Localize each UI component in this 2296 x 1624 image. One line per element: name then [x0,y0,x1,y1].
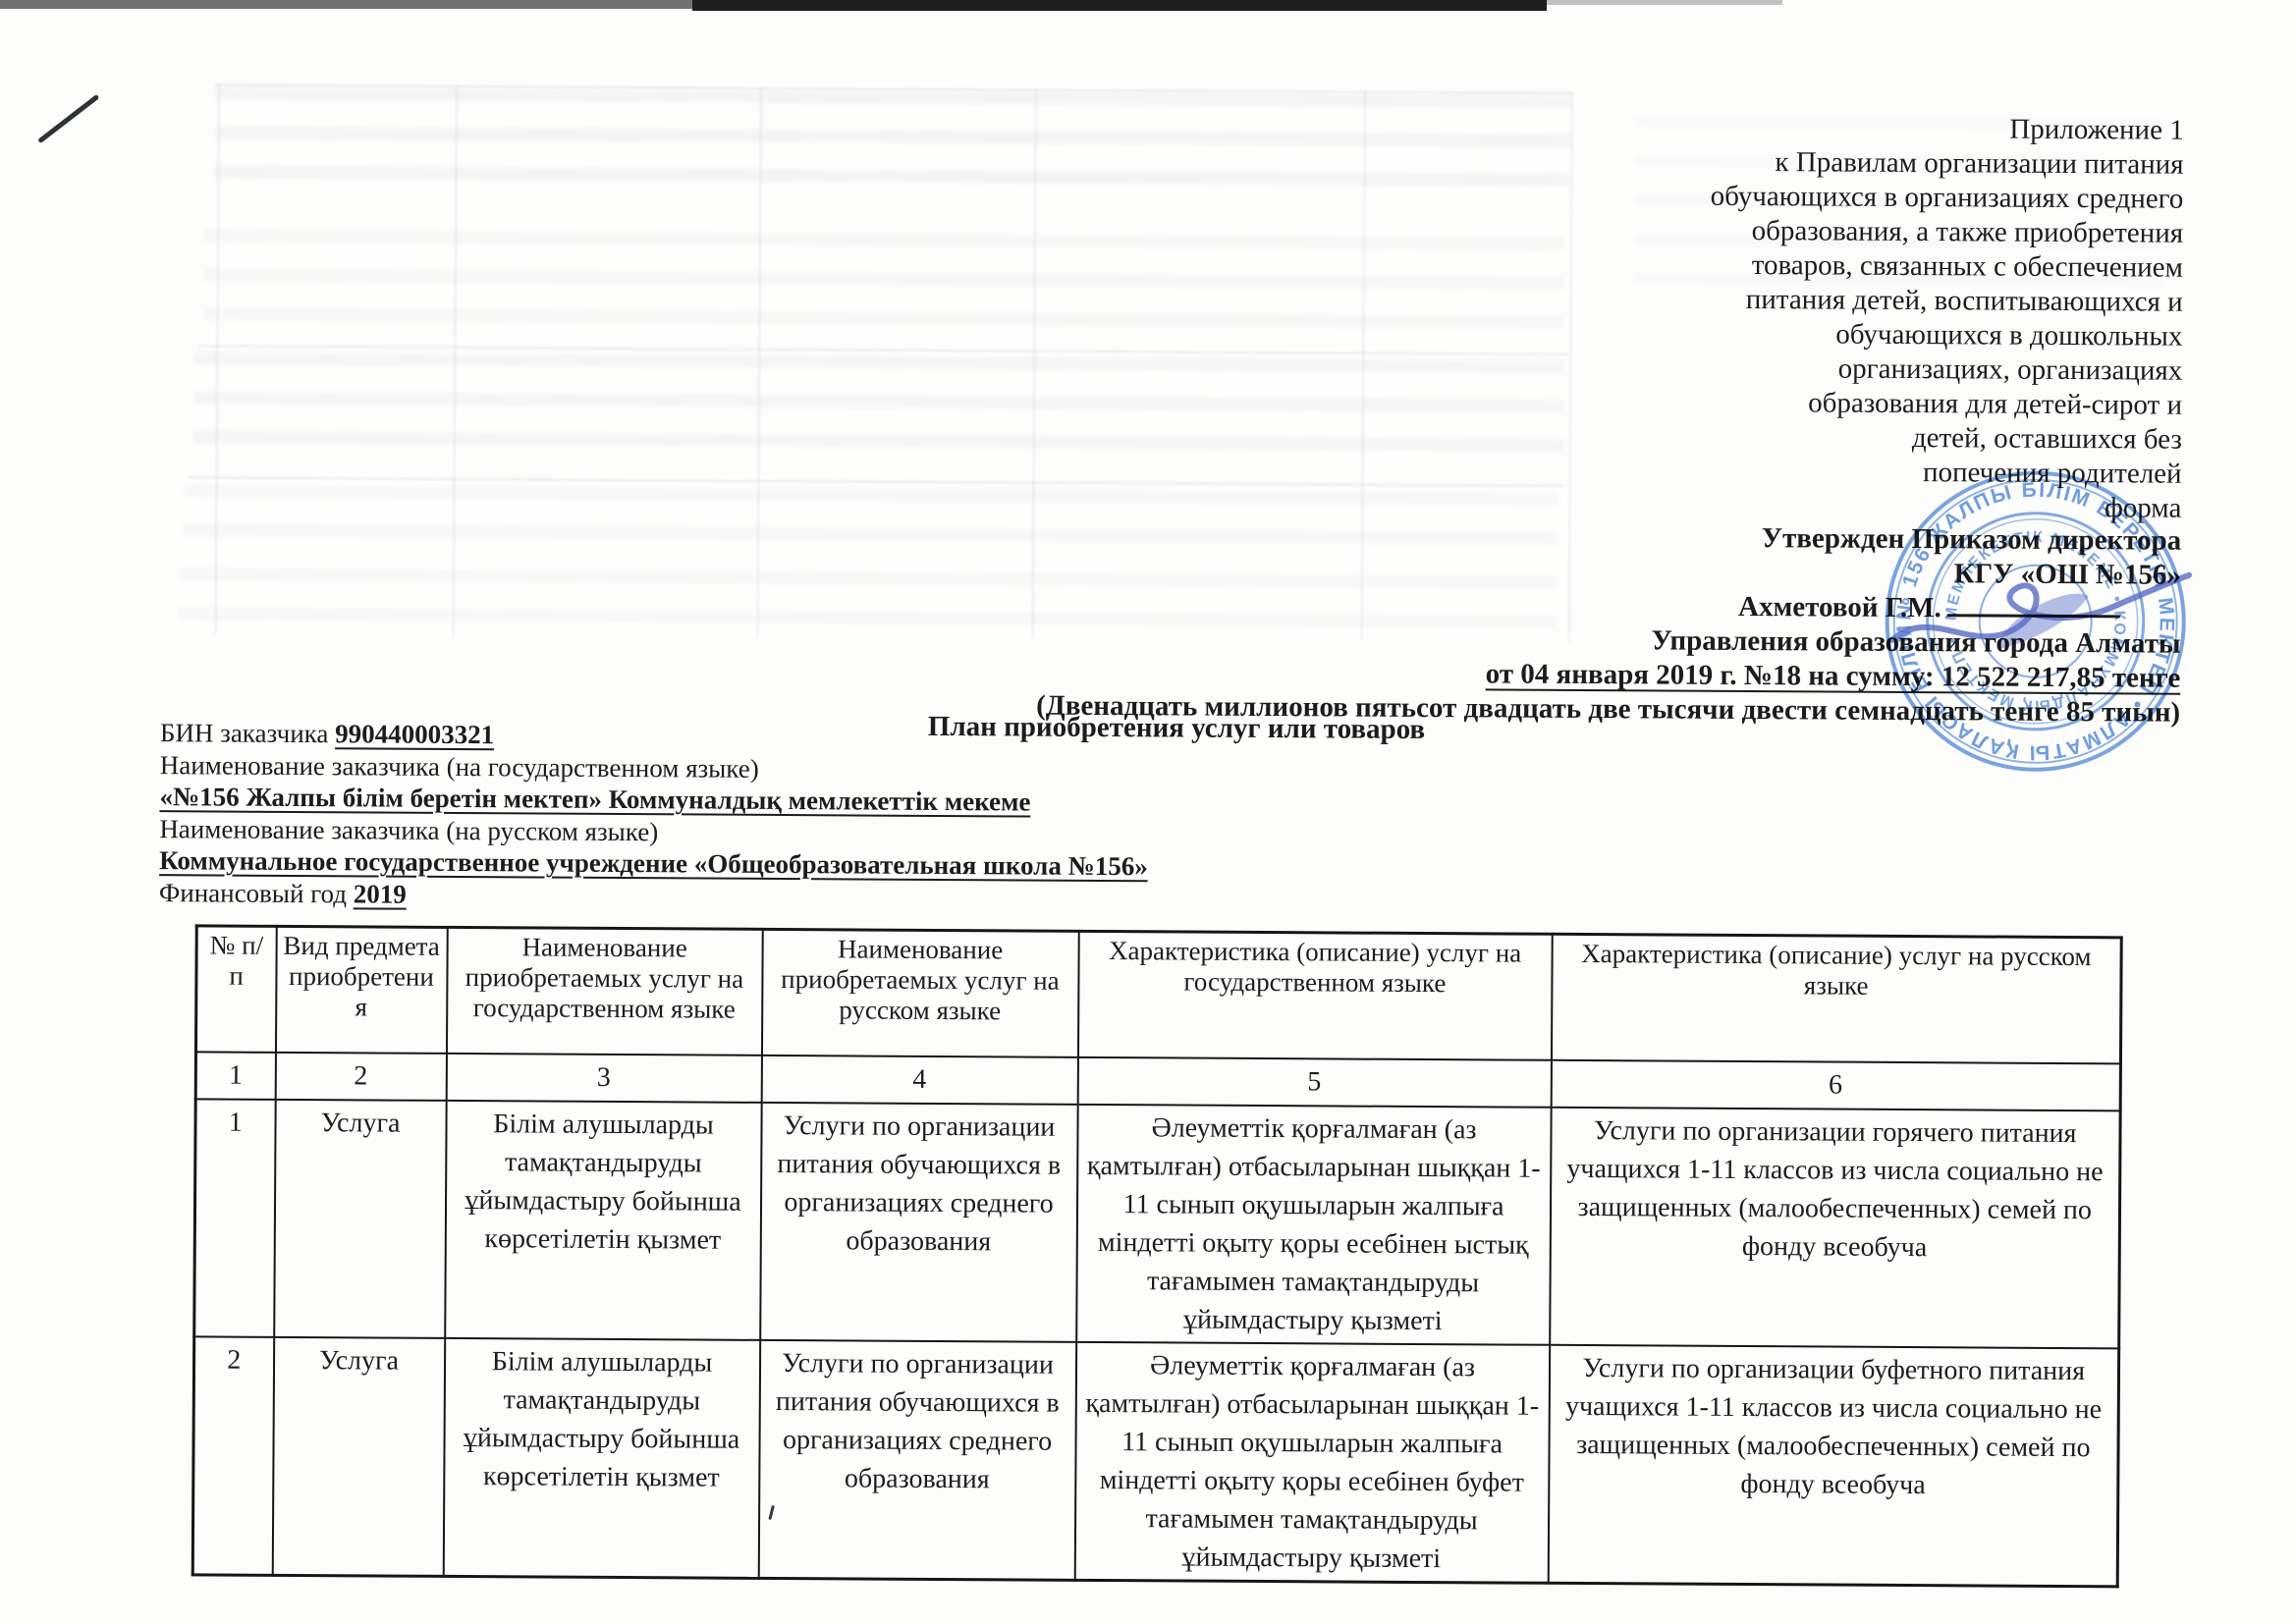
column-header-desc-kz: Характеристика (описание) услуг на госуд… [1077,931,1552,1059]
customer-block: БИН заказчика 990440003321 Наименование … [159,717,1240,915]
fiscal-year-label: Финансовый год [159,878,347,908]
column-header-num: № п/п [195,926,276,1053]
column-header-type: Вид предмета приобретения [275,926,447,1054]
bleedthrough-ghost [193,352,1564,473]
appendix-line: образования, а также приобретения [1417,212,2183,251]
bleedthrough-ghost-line [215,83,220,633]
procurement-table: № п/п Вид предмета приобретения Наименов… [191,924,2123,1588]
procurement-table-wrapper: № п/п Вид предмета приобретения Наименов… [191,924,2123,1588]
bleedthrough-ghost [214,86,1570,207]
bleedthrough-ghost [203,229,1564,340]
table-cell-desc-kz: Әлеуметтік қорғалмаған (аз қамтылған) от… [1074,1342,1549,1583]
bleedthrough-ghost-line [189,476,1563,487]
column-number: 2 [275,1053,446,1101]
table-row: 1 Услуга Білім алушыларды тамақтандыруды… [194,1099,2120,1348]
table-row: 2 Услуга Білім алушыларды тамақтандыруды… [192,1336,2118,1586]
column-number: 1 [195,1052,275,1099]
pen-mark [37,94,99,143]
bin-value: 990440003321 [335,719,494,749]
appendix-line: организациях, организациях [1416,350,2182,389]
table-cell-desc-kz: Әлеуметтік қорғалмаған (аз қамтылған) от… [1076,1105,1551,1345]
table-cell-desc-ru: Услуги по организации буфетного питания … [1548,1345,2118,1587]
table-cell-type: Услуга [274,1100,446,1338]
table-cell-name-ru: Услуги по организации питания обучающихс… [760,1103,1077,1342]
table-cell-name-kz: Білім алушыларды тамақтандыруды ұйымдаст… [445,1101,761,1340]
appendix-line: питания детей, воспитывающихся и [1417,281,2183,320]
appendix-line: Приложение 1 [1418,109,2184,148]
table-cell-type: Услуга [272,1337,444,1577]
table-cell-num: 2 [192,1336,273,1575]
bin-label: БИН заказчика [160,718,329,748]
scanned-document-sheet: Приложение 1 к Правилам организации пита… [0,0,2296,1624]
bleedthrough-ghost-line [757,87,762,637]
table-cell-name-kz: Білім алушыларды тамақтандыруды ұйымдаст… [443,1338,759,1578]
column-number: 6 [1551,1060,2120,1111]
bleedthrough-ghost-line [453,85,458,635]
appendix-line: образования для детей-сирот и [1416,384,2182,423]
fiscal-year-line: Финансовый год 2019 [159,877,1239,915]
table-cell-num: 1 [194,1099,275,1336]
appendix-line: товаров, связанных с обеспечением [1417,246,2183,286]
column-number: 4 [761,1056,1077,1105]
column-header-name-kz: Наименование приобретаемых услуг на госу… [446,927,762,1055]
bleedthrough-ghost-line [215,83,1573,93]
table-cell-name-ru: Услуги по организации питания обучающихс… [758,1340,1075,1580]
header-row: № п/п Вид предмета приобретения Наименов… [195,926,2121,1063]
column-number: 5 [1077,1057,1551,1108]
column-header-desc-ru: Характеристика (описание) услуг на русск… [1551,934,2121,1063]
appendix-line: обучающихся в дошкольных [1416,315,2182,354]
column-header-name-ru: Наименование приобретаемых услуг на русс… [761,929,1078,1056]
column-number: 3 [446,1054,761,1103]
fiscal-year-value: 2019 [354,879,407,908]
appendix-line: детей, оставшихся без [1416,418,2182,458]
table-cell-desc-ru: Услуги по организации горячего питания у… [1550,1108,2120,1349]
appendix-line: обучающихся в организациях среднего [1417,178,2183,217]
appendix-line: к Правилам организации питания [1417,143,2183,183]
official-stamp: № 156 ЖАЛПЫ БІЛІМ БЕРЕТІН МЕКТЕП • АЛМАТ… [1872,458,2200,785]
bleedthrough-ghost-line [198,345,1568,355]
